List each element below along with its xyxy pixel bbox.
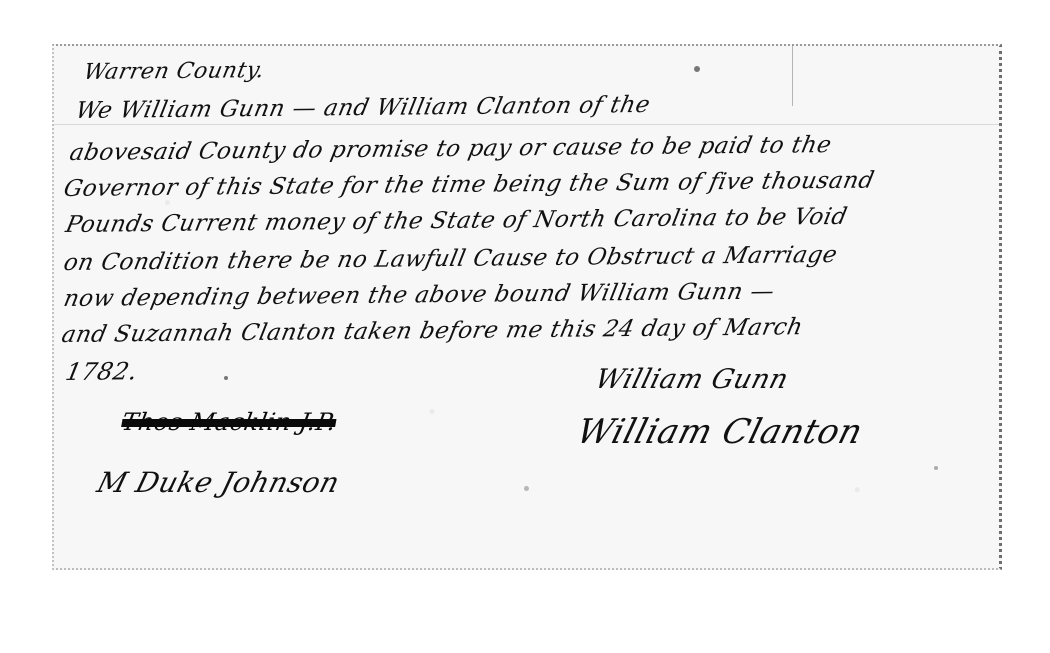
document-year: 1782. xyxy=(63,357,140,386)
county-heading: Warren County. xyxy=(81,58,266,85)
fold-crease-horizontal xyxy=(54,124,999,125)
signature-william-gunn: William Gunn xyxy=(592,364,792,395)
ink-speck xyxy=(694,66,700,72)
ink-speck xyxy=(524,486,529,491)
ink-speck xyxy=(224,376,228,380)
ink-speck xyxy=(934,466,938,470)
witness-signature: M Duke Johnson xyxy=(94,466,344,499)
signature-william-clanton: William Clanton xyxy=(573,412,867,452)
struck-witness-signature: Thos Macklin J.P. xyxy=(120,408,339,436)
